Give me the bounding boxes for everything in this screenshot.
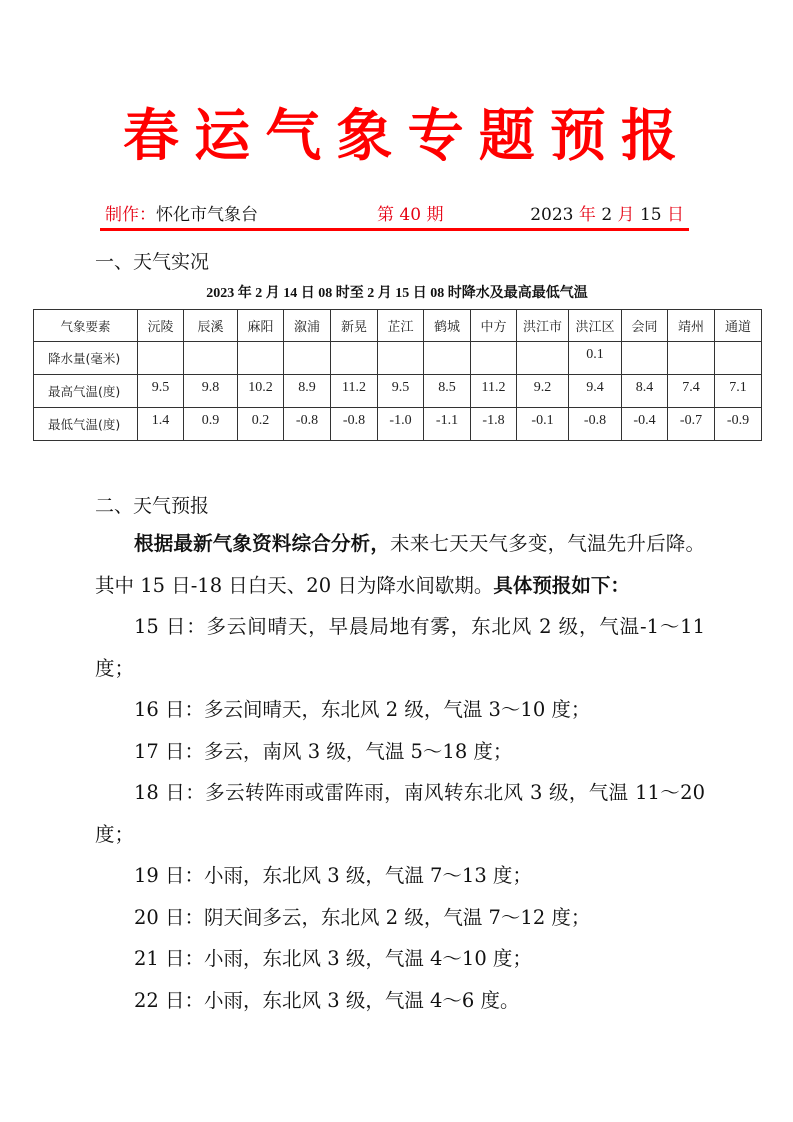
table-cell bbox=[378, 342, 424, 375]
title-char: 报 bbox=[618, 96, 680, 176]
table-cell: 10.2 bbox=[238, 375, 284, 408]
row-label: 最高气温(度) bbox=[34, 375, 138, 408]
station-header: 中方 bbox=[471, 310, 517, 342]
document-title: 春 运 气 象 专 题 预 报 bbox=[120, 96, 680, 176]
station-header: 芷江 bbox=[378, 310, 424, 342]
table-cell: 1.4 bbox=[138, 408, 184, 441]
table-cell: -1.8 bbox=[471, 408, 517, 441]
table-cell: 0.9 bbox=[184, 408, 238, 441]
table-cell bbox=[284, 342, 331, 375]
station-header: 麻阳 bbox=[238, 310, 284, 342]
table-cell: -0.7 bbox=[668, 408, 715, 441]
producer-name: 怀化市气象台 bbox=[156, 205, 258, 225]
table-cell: -0.4 bbox=[622, 408, 668, 441]
table-cell: 8.5 bbox=[424, 375, 471, 408]
section-title-observations: 一、天气实况 bbox=[95, 249, 209, 275]
forecast-day: 15 日：多云间晴天，早晨局地有雾，东北风 2 级，气温-1～11 度； bbox=[95, 606, 705, 689]
station-header: 新晃 bbox=[331, 310, 378, 342]
table-cell: 7.4 bbox=[668, 375, 715, 408]
table-row-precipitation: 降水量(毫米) 0.1 bbox=[34, 342, 762, 375]
title-char: 春 bbox=[120, 96, 182, 176]
section-title-forecast: 二、天气预报 bbox=[95, 493, 209, 519]
producer: 制作：怀化市气象台 bbox=[105, 202, 258, 228]
date-month: 2 bbox=[601, 205, 612, 225]
intro-bold-tail: 具体预报如下： bbox=[493, 574, 630, 597]
header-divider bbox=[100, 228, 689, 231]
table-cell: 0.1 bbox=[569, 342, 622, 375]
table-caption: 2023 年 2 月 14 日 08 时至 2 月 15 日 08 时降水及最高… bbox=[33, 284, 761, 304]
table-cell bbox=[715, 342, 762, 375]
title-char: 运 bbox=[191, 96, 253, 176]
station-header: 辰溪 bbox=[184, 310, 238, 342]
forecast-day: 21 日：小雨，东北风 3 级，气温 4～10 度； bbox=[95, 938, 705, 980]
table-cell: -0.8 bbox=[284, 408, 331, 441]
table-cell: 9.5 bbox=[138, 375, 184, 408]
forecast-day: 22 日：小雨，东北风 3 级，气温 4～6 度。 bbox=[95, 980, 705, 1022]
table-cell bbox=[138, 342, 184, 375]
producer-label: 制作： bbox=[105, 205, 156, 225]
station-header: 鹤城 bbox=[424, 310, 471, 342]
table-row-max-temp: 最高气温(度) 9.5 9.8 10.2 8.9 11.2 9.5 8.5 11… bbox=[34, 375, 762, 408]
table-cell: 7.1 bbox=[715, 375, 762, 408]
table-row-min-temp: 最低气温(度) 1.4 0.9 0.2 -0.8 -0.8 -1.0 -1.1 … bbox=[34, 408, 762, 441]
table-cell: 0.2 bbox=[238, 408, 284, 441]
table-cell bbox=[622, 342, 668, 375]
forecast-day: 16 日：多云间晴天，东北风 2 级，气温 3～10 度； bbox=[95, 689, 705, 731]
table-cell bbox=[517, 342, 569, 375]
forecast-day: 20 日：阴天间多云，东北风 2 级，气温 7～12 度； bbox=[95, 897, 705, 939]
table-cell bbox=[238, 342, 284, 375]
table-cell: 9.2 bbox=[517, 375, 569, 408]
table-cell: -0.8 bbox=[569, 408, 622, 441]
date-day-unit: 日 bbox=[667, 205, 684, 225]
table-cell: 11.2 bbox=[471, 375, 517, 408]
forecast-day: 19 日：小雨，东北风 3 级，气温 7～13 度； bbox=[95, 855, 705, 897]
title-char: 专 bbox=[405, 96, 467, 176]
table-cell bbox=[184, 342, 238, 375]
issue-suffix: 期 bbox=[426, 205, 443, 225]
issue-value: 40 bbox=[399, 205, 421, 225]
table-cell bbox=[668, 342, 715, 375]
issue-date: 2023 年 2 月 15 日 bbox=[530, 202, 684, 228]
title-char: 气 bbox=[262, 96, 324, 176]
title-char: 题 bbox=[476, 96, 538, 176]
table-cell: 8.9 bbox=[284, 375, 331, 408]
table-cell bbox=[471, 342, 517, 375]
table-cell: -1.0 bbox=[378, 408, 424, 441]
title-char: 象 bbox=[333, 96, 395, 176]
date-year: 2023 bbox=[530, 205, 573, 225]
station-header: 靖州 bbox=[668, 310, 715, 342]
masthead-info: 制作：怀化市气象台 第 40 期 2023 年 2 月 15 日 bbox=[105, 202, 690, 228]
station-header: 会同 bbox=[622, 310, 668, 342]
table-cell: -0.9 bbox=[715, 408, 762, 441]
row-label: 最低气温(度) bbox=[34, 408, 138, 441]
station-header: 溆浦 bbox=[284, 310, 331, 342]
intro-bold: 根据最新气象资料综合分析， bbox=[134, 532, 390, 555]
table-cell bbox=[331, 342, 378, 375]
table-cell: -0.8 bbox=[331, 408, 378, 441]
title-char: 预 bbox=[547, 96, 609, 176]
table-cell: 9.5 bbox=[378, 375, 424, 408]
table-cell: 9.8 bbox=[184, 375, 238, 408]
date-year-unit: 年 bbox=[579, 205, 596, 225]
station-header: 洪江市 bbox=[517, 310, 569, 342]
table-cell bbox=[424, 342, 471, 375]
issue-number: 第 40 期 bbox=[377, 202, 443, 228]
table-cell: -0.1 bbox=[517, 408, 569, 441]
table-header-row: 气象要素 沅陵 辰溪 麻阳 溆浦 新晃 芷江 鹤城 中方 洪江市 洪江区 会同 … bbox=[34, 310, 762, 342]
table-cell: -1.1 bbox=[424, 408, 471, 441]
table-cell: 11.2 bbox=[331, 375, 378, 408]
forecast-body: 根据最新气象资料综合分析，未来七天天气多变，气温先升后降。其中 15 日-18 … bbox=[95, 523, 705, 1021]
date-day: 15 bbox=[640, 205, 662, 225]
observation-table: 气象要素 沅陵 辰溪 麻阳 溆浦 新晃 芷江 鹤城 中方 洪江市 洪江区 会同 … bbox=[33, 309, 762, 441]
forecast-day: 17 日：多云，南风 3 级，气温 5～18 度； bbox=[95, 731, 705, 773]
issue-prefix: 第 bbox=[377, 205, 394, 225]
table-cell: 9.4 bbox=[569, 375, 622, 408]
header-label: 气象要素 bbox=[34, 310, 138, 342]
table-cell: 8.4 bbox=[622, 375, 668, 408]
row-label: 降水量(毫米) bbox=[34, 342, 138, 375]
date-month-unit: 月 bbox=[618, 205, 635, 225]
station-header: 通道 bbox=[715, 310, 762, 342]
station-header: 洪江区 bbox=[569, 310, 622, 342]
forecast-day: 18 日：多云转阵雨或雷阵雨，南风转东北风 3 级，气温 11～20 度； bbox=[95, 772, 705, 855]
forecast-intro: 根据最新气象资料综合分析，未来七天天气多变，气温先升后降。其中 15 日-18 … bbox=[95, 523, 705, 606]
station-header: 沅陵 bbox=[138, 310, 184, 342]
